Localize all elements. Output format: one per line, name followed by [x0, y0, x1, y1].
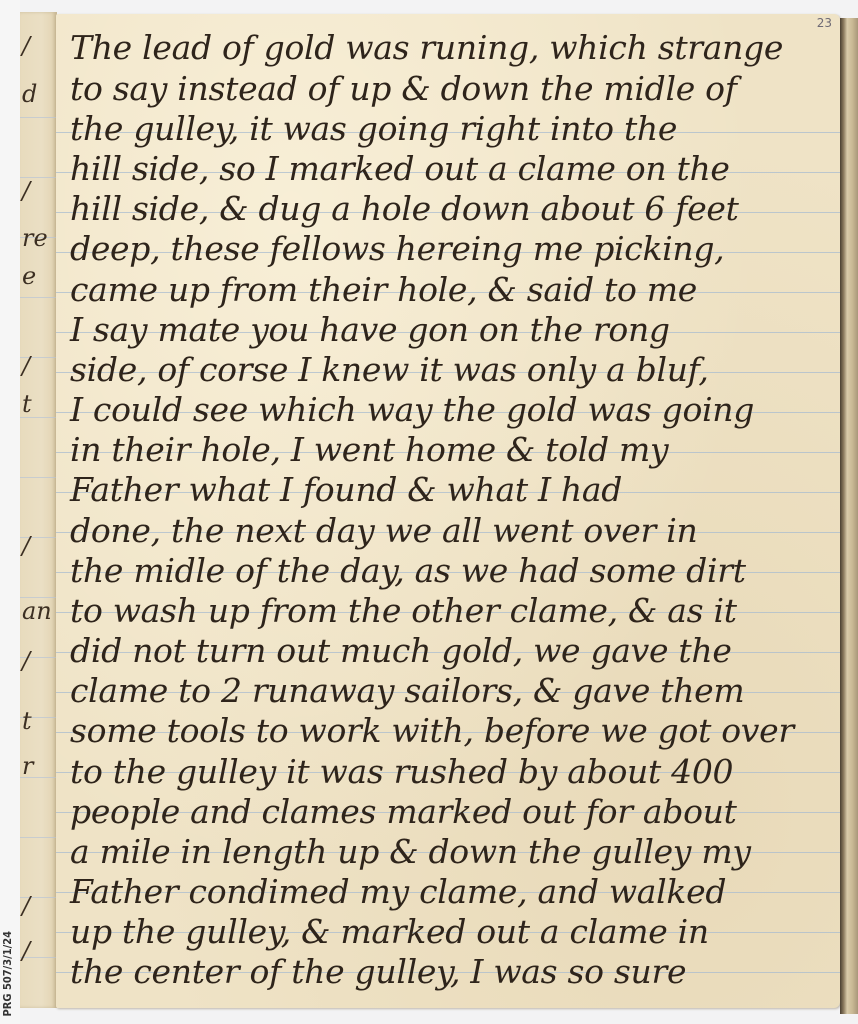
- archive-reference-strip: PRG 507/3/1/24: [0, 0, 20, 1024]
- manuscript-line: people and clames marked out for about: [70, 792, 834, 832]
- facing-page-fragment: t: [22, 390, 32, 418]
- facing-page-fragment: r: [22, 752, 33, 780]
- facing-page-fragment: /: [22, 937, 30, 965]
- manuscript-line: deep, these fellows hereing me picking,: [70, 229, 834, 269]
- manuscript-line: I could see which way the gold was going: [70, 390, 834, 430]
- manuscript-scan: PRG 507/3/1/24 / d / re e / t / an / t r…: [0, 0, 858, 1024]
- manuscript-line: to say instead of up & down the midle of: [70, 69, 834, 109]
- rule-line: [20, 297, 56, 298]
- rule-line: [20, 117, 56, 118]
- manuscript-line: hill side, so I marked out a clame on th…: [70, 149, 834, 189]
- facing-page-fragment: re: [22, 224, 48, 252]
- facing-page-fragment: /: [22, 177, 30, 205]
- facing-page-fragment: an: [22, 597, 52, 625]
- manuscript-line: I say mate you have gon on the rong: [70, 310, 834, 350]
- facing-page-fragment: e: [22, 262, 36, 290]
- manuscript-line: hill side, & dug a hole down about 6 fee…: [70, 189, 834, 229]
- manuscript-line: clame to 2 runaway sailors, & gave them: [70, 671, 834, 711]
- facing-page-fragment: /: [22, 352, 30, 380]
- facing-page-fragment: /: [22, 532, 30, 560]
- facing-page-fragment: /: [22, 32, 30, 60]
- manuscript-line: up the gulley, & marked out a clame in: [70, 912, 834, 952]
- facing-page-fragment: /: [22, 892, 30, 920]
- facing-page-fragment: d: [22, 80, 37, 108]
- notebook-page: 23 The lead of gold was runing, which st…: [56, 14, 840, 1008]
- manuscript-line: done, the next day we all went over in: [70, 511, 834, 551]
- manuscript-line: the gulley, it was going right into the: [70, 109, 834, 149]
- manuscript-line: the midle of the day, as we had some dir…: [70, 551, 834, 591]
- rule-line: [20, 837, 56, 838]
- manuscript-line: Father condimed my clame, and walked: [70, 872, 834, 912]
- manuscript-line: Father what I found & what I had: [70, 470, 834, 510]
- manuscript-line: did not turn out much gold, we gave the: [70, 631, 834, 671]
- manuscript-line: the center of the gulley, I was so sure: [70, 952, 834, 992]
- facing-page-edge: / d / re e / t / an / t r / /: [20, 12, 57, 1008]
- manuscript-line: The lead of gold was runing, which stran…: [70, 28, 834, 68]
- archive-reference-label: PRG 507/3/1/24: [1, 931, 14, 1016]
- manuscript-line: a mile in length up & down the gulley my: [70, 832, 834, 872]
- manuscript-line: to the gulley it was rushed by about 400: [70, 752, 834, 792]
- book-page-edges: [840, 18, 858, 1014]
- facing-page-fragment: /: [22, 647, 30, 675]
- manuscript-line: came up from their hole, & said to me: [70, 270, 834, 310]
- rule-line: [20, 477, 56, 478]
- manuscript-line: to wash up from the other clame, & as it: [70, 591, 834, 631]
- manuscript-line: in their hole, I went home & told my: [70, 430, 834, 470]
- manuscript-line: side, of corse I knew it was only a bluf…: [70, 350, 834, 390]
- manuscript-line: some tools to work with, before we got o…: [70, 711, 834, 751]
- facing-page-fragment: t: [22, 707, 32, 735]
